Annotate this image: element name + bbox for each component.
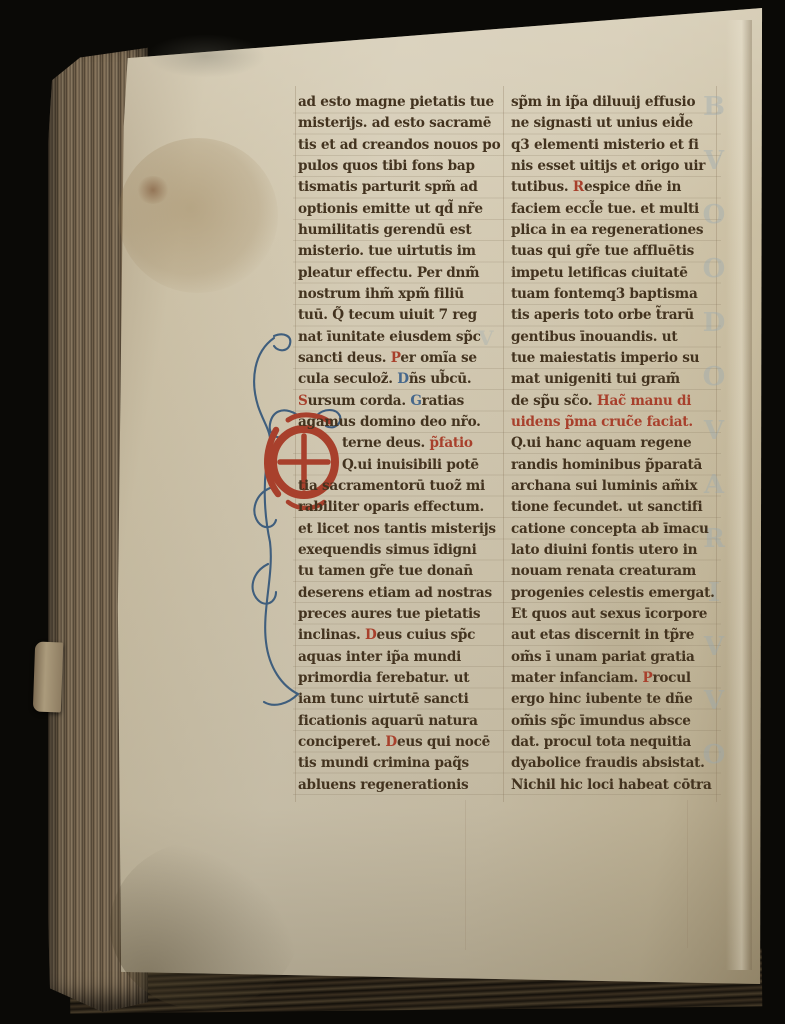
- text-line: ne signasti ut unius eid̃e: [511, 113, 723, 134]
- latin-text: mat unigeniti tui gram̃: [511, 371, 680, 387]
- latin-text: aquas inter ip̃a mundi: [298, 649, 461, 665]
- text-line: uidens p̃ma cruc̃e faciat.: [511, 412, 723, 433]
- text-line: ad esto magne pietatis tue: [298, 92, 510, 113]
- text-line: Q.ui inuisibili potē: [298, 455, 510, 476]
- latin-text: optionis emitte ut qd̃ nr̃e: [298, 201, 483, 217]
- text-line: de sp̃u sc̃o. Hac̃ manu di: [511, 391, 723, 412]
- latin-text: pulos quos tibi fons bap: [298, 158, 475, 174]
- text-line: catione concepta ab īmacu: [511, 519, 723, 540]
- latin-text: nostrum ihm̃ xpm̃ filiū: [298, 286, 464, 302]
- text-line: tia sacramentorū tuoz̃ mi: [298, 476, 510, 497]
- latin-text: ne signasti ut unius eid̃e: [511, 115, 693, 131]
- page-crease-line: [465, 800, 466, 950]
- latin-text: Q.ui inuisibili potē: [342, 457, 479, 473]
- text-line: tue maiestatis imperio su: [511, 348, 723, 369]
- latin-text: progenies celestis emergat.: [511, 585, 715, 601]
- latin-text: tuam fontemq3 baptisma: [511, 286, 698, 302]
- latin-text: nis esset uitijs et origo uir: [511, 158, 705, 174]
- text-line: tione fecundet. ut sanctifi: [511, 497, 723, 518]
- text-line: tuas qui gr̃e tue affluētis: [511, 241, 723, 262]
- latin-text: tis aperis toto orbe t̃rarū: [511, 307, 694, 323]
- latin-text: lato diuini fontis utero in: [511, 542, 697, 558]
- text-line: humilitatis gerendū est: [298, 220, 510, 241]
- latin-text: agamus domino deo nr̃o.: [298, 414, 481, 430]
- text-line: exequendis simus īdigni: [298, 540, 510, 561]
- text-line: nat īunitate eiusdem sp̃c: [298, 327, 510, 348]
- latin-text: rocul: [652, 670, 690, 686]
- text-line: sancti deus. Per omĩa se: [298, 348, 510, 369]
- red-initial-text: R: [573, 179, 584, 195]
- red-initial-text: D: [365, 627, 377, 643]
- text-line: tis et ad creandos nouos po: [298, 135, 510, 156]
- latin-text: tuas qui gr̃e tue affluētis: [511, 243, 694, 259]
- text-line: lato diuini fontis utero in: [511, 540, 723, 561]
- latin-text: om̃is sp̃c īmundus absce: [511, 713, 691, 729]
- latin-text: Et quos aut sexus īcorpore: [511, 606, 707, 622]
- text-line: om̃is sp̃c īmundus absce: [511, 711, 723, 732]
- text-line: nostrum ihm̃ xpm̃ filiū: [298, 284, 510, 305]
- text-line: mat unigeniti tui gram̃: [511, 369, 723, 390]
- latin-text: Nichil hic loci habeat cōtra: [511, 777, 712, 793]
- text-line: cula seculoz̃. Dñs ub̃cū.: [298, 369, 510, 390]
- text-line: tu tamen gr̃e tue donan̄: [298, 561, 510, 582]
- text-line: conciperet. Deus qui nocē: [298, 732, 510, 753]
- text-line: misterio. tue uirtutis im: [298, 241, 510, 262]
- text-line: tismatis parturit spm̃ ad: [298, 177, 510, 198]
- text-line: gentibus īnouandis. ut: [511, 327, 723, 348]
- latin-text: eus cuius sp̃c: [377, 627, 476, 643]
- latin-text: nouam renata creaturam: [511, 563, 696, 579]
- text-line: nis esset uitijs et origo uir: [511, 156, 723, 177]
- text-line: Sursum corda. Gratias: [298, 391, 510, 412]
- latin-text: mater infanciam.: [511, 670, 642, 686]
- latin-text: ñs ub̃cū.: [409, 371, 472, 387]
- latin-text: q3 elementi misterio et fi: [511, 137, 699, 153]
- latin-text: gentibus īnouandis. ut: [511, 329, 677, 345]
- text-line: Nichil hic loci habeat cōtra: [511, 775, 723, 796]
- text-line: misterijs. ad esto sacramē: [298, 113, 510, 134]
- text-line: dat. procul tota nequitia: [511, 732, 723, 753]
- text-line: mater infanciam. Procul: [511, 668, 723, 689]
- latin-text: misterijs. ad esto sacramē: [298, 115, 491, 131]
- text-line: Et quos aut sexus īcorpore: [511, 604, 723, 625]
- latin-text: tis et ad creandos nouos po: [298, 137, 500, 153]
- blue-initial-text: D: [397, 371, 409, 387]
- latin-text: tuū. Q̃ tecum uiuit 7 reg: [298, 307, 477, 323]
- red-initial-text: p̃fatio: [430, 435, 473, 451]
- latin-text: sancti deus.: [298, 350, 391, 366]
- latin-text: tia sacramentorū tuoz̃ mi: [298, 478, 485, 494]
- text-line: aut etas discernit in tp̃re: [511, 625, 723, 646]
- text-line: tuam fontemq3 baptisma: [511, 284, 723, 305]
- red-initial-text: P: [642, 670, 652, 686]
- latin-text: dat. procul tota nequitia: [511, 734, 691, 750]
- text-line: nouam renata creaturam: [511, 561, 723, 582]
- latin-text: tismatis parturit spm̃ ad: [298, 179, 478, 195]
- text-line: deserens etiam ad nostras: [298, 583, 510, 604]
- latin-text: espice dñe in: [584, 179, 681, 195]
- text-line: abluens regenerationis: [298, 775, 510, 796]
- latin-text: humilitatis gerendū est: [298, 222, 471, 238]
- latin-text: cula seculoz̃.: [298, 371, 397, 387]
- latin-text: pleatur effectu. Per dnm̃: [298, 265, 479, 281]
- text-line: pulos quos tibi fons bap: [298, 156, 510, 177]
- text-line: om̃s ī unam pariat gratia: [511, 647, 723, 668]
- blue-initial-text: G: [410, 393, 421, 409]
- latin-text: terne deus.: [342, 435, 430, 451]
- latin-text: exequendis simus īdigni: [298, 542, 476, 558]
- latin-text: tutibus.: [511, 179, 573, 195]
- latin-text: primordia ferebatur. ut: [298, 670, 469, 686]
- text-line: ficationis aquarū natura: [298, 711, 510, 732]
- text-line: tis mundi crimina paq̃s: [298, 753, 510, 774]
- text-line: terne deus. p̃fatio: [298, 433, 510, 454]
- ruling-continuation: [687, 800, 688, 948]
- red-initial-text: uidens p̃ma cruc̃e faciat.: [511, 414, 693, 430]
- latin-text: ergo hinc iubente te dñe: [511, 691, 693, 707]
- text-line: pleatur effectu. Per dnm̃: [298, 263, 510, 284]
- text-line: iam tunc uirtutē sancti: [298, 689, 510, 710]
- latin-text: aut etas discernit in tp̃re: [511, 627, 694, 643]
- red-initial-text: D: [385, 734, 397, 750]
- latin-text: ficationis aquarū natura: [298, 713, 478, 729]
- text-line: ergo hinc iubente te dñe: [511, 689, 723, 710]
- latin-text: conciperet.: [298, 734, 385, 750]
- latin-text: sp̃m in ip̃a diluuij effusio: [511, 94, 695, 110]
- latin-text: rabiliter oparis effectum.: [298, 499, 484, 515]
- latin-text: tu tamen gr̃e tue donan̄: [298, 563, 473, 579]
- latin-text: er omĩa se: [400, 350, 477, 366]
- latin-text: catione concepta ab īmacu: [511, 521, 709, 537]
- text-column-right: sp̃m in ip̃a diluuij effusione signasti …: [511, 92, 723, 796]
- latin-text: archana sui luminis am̃ix: [511, 478, 697, 494]
- latin-text: tione fecundet. ut sanctifi: [511, 499, 702, 515]
- text-line: sp̃m in ip̃a diluuij effusio: [511, 92, 723, 113]
- text-line: optionis emitte ut qd̃ nr̃e: [298, 199, 510, 220]
- latin-text: nat īunitate eiusdem sp̃c: [298, 329, 481, 345]
- latin-text: deserens etiam ad nostras: [298, 585, 492, 601]
- text-line: tis aperis toto orbe t̃rarū: [511, 305, 723, 326]
- text-line: tutibus. Respice dñe in: [511, 177, 723, 198]
- latin-text: et licet nos tantis misterijs: [298, 521, 496, 537]
- text-line: aquas inter ip̃a mundi: [298, 647, 510, 668]
- latin-text: faciem eccl̃e tue. et multi: [511, 201, 699, 217]
- text-line: impetu letificas ciuitatē: [511, 263, 723, 284]
- red-initial-text: Hac̃ manu di: [597, 393, 691, 409]
- text-line: rabiliter oparis effectum.: [298, 497, 510, 518]
- latin-text: iam tunc uirtutē sancti: [298, 691, 469, 707]
- latin-text: dyabolice fraudis absistat.: [511, 755, 705, 771]
- text-line: et licet nos tantis misterijs: [298, 519, 510, 540]
- red-initial-text: P: [391, 350, 401, 366]
- text-line: Q.ui hanc aquam regene: [511, 433, 723, 454]
- text-line: q3 elementi misterio et fi: [511, 135, 723, 156]
- latin-text: abluens regenerationis: [298, 777, 468, 793]
- text-line: dyabolice fraudis absistat.: [511, 753, 723, 774]
- latin-text: om̃s ī unam pariat gratia: [511, 649, 695, 665]
- fore-edge-tab: [33, 642, 63, 713]
- latin-text: ad esto magne pietatis tue: [298, 94, 494, 110]
- latin-text: randis hominibus p̃paratā: [511, 457, 702, 473]
- text-line: agamus domino deo nr̃o.: [298, 412, 510, 433]
- text-line: randis hominibus p̃paratā: [511, 455, 723, 476]
- latin-text: inclinas.: [298, 627, 365, 643]
- latin-text: tue maiestatis imperio su: [511, 350, 699, 366]
- text-line: plica in ea regenerationes: [511, 220, 723, 241]
- latin-text: ratias: [422, 393, 464, 409]
- manuscript-photo: BVOODOVARIVVOV ad esto magne pietatis tu…: [0, 0, 785, 1024]
- latin-text: tis mundi crimina paq̃s: [298, 755, 469, 771]
- text-line: primordia ferebatur. ut: [298, 668, 510, 689]
- text-line: faciem eccl̃e tue. et multi: [511, 199, 723, 220]
- text-line: archana sui luminis am̃ix: [511, 476, 723, 497]
- latin-text: preces aures tue pietatis: [298, 606, 480, 622]
- latin-text: misterio. tue uirtutis im: [298, 243, 476, 259]
- latin-text: Q.ui hanc aquam regene: [511, 435, 691, 451]
- latin-text: eus qui nocē: [397, 734, 490, 750]
- latin-text: plica in ea regenerationes: [511, 222, 703, 238]
- red-initial-text: S: [298, 393, 308, 409]
- text-line: inclinas. Deus cuius sp̃c: [298, 625, 510, 646]
- text-column-left: ad esto magne pietatis tuemisterijs. ad …: [298, 92, 510, 796]
- latin-text: de sp̃u sc̃o.: [511, 393, 597, 409]
- text-line: tuū. Q̃ tecum uiuit 7 reg: [298, 305, 510, 326]
- text-line: progenies celestis emergat.: [511, 583, 723, 604]
- latin-text: ursum corda.: [308, 393, 411, 409]
- text-line: preces aures tue pietatis: [298, 604, 510, 625]
- latin-text: impetu letificas ciuitatē: [511, 265, 688, 281]
